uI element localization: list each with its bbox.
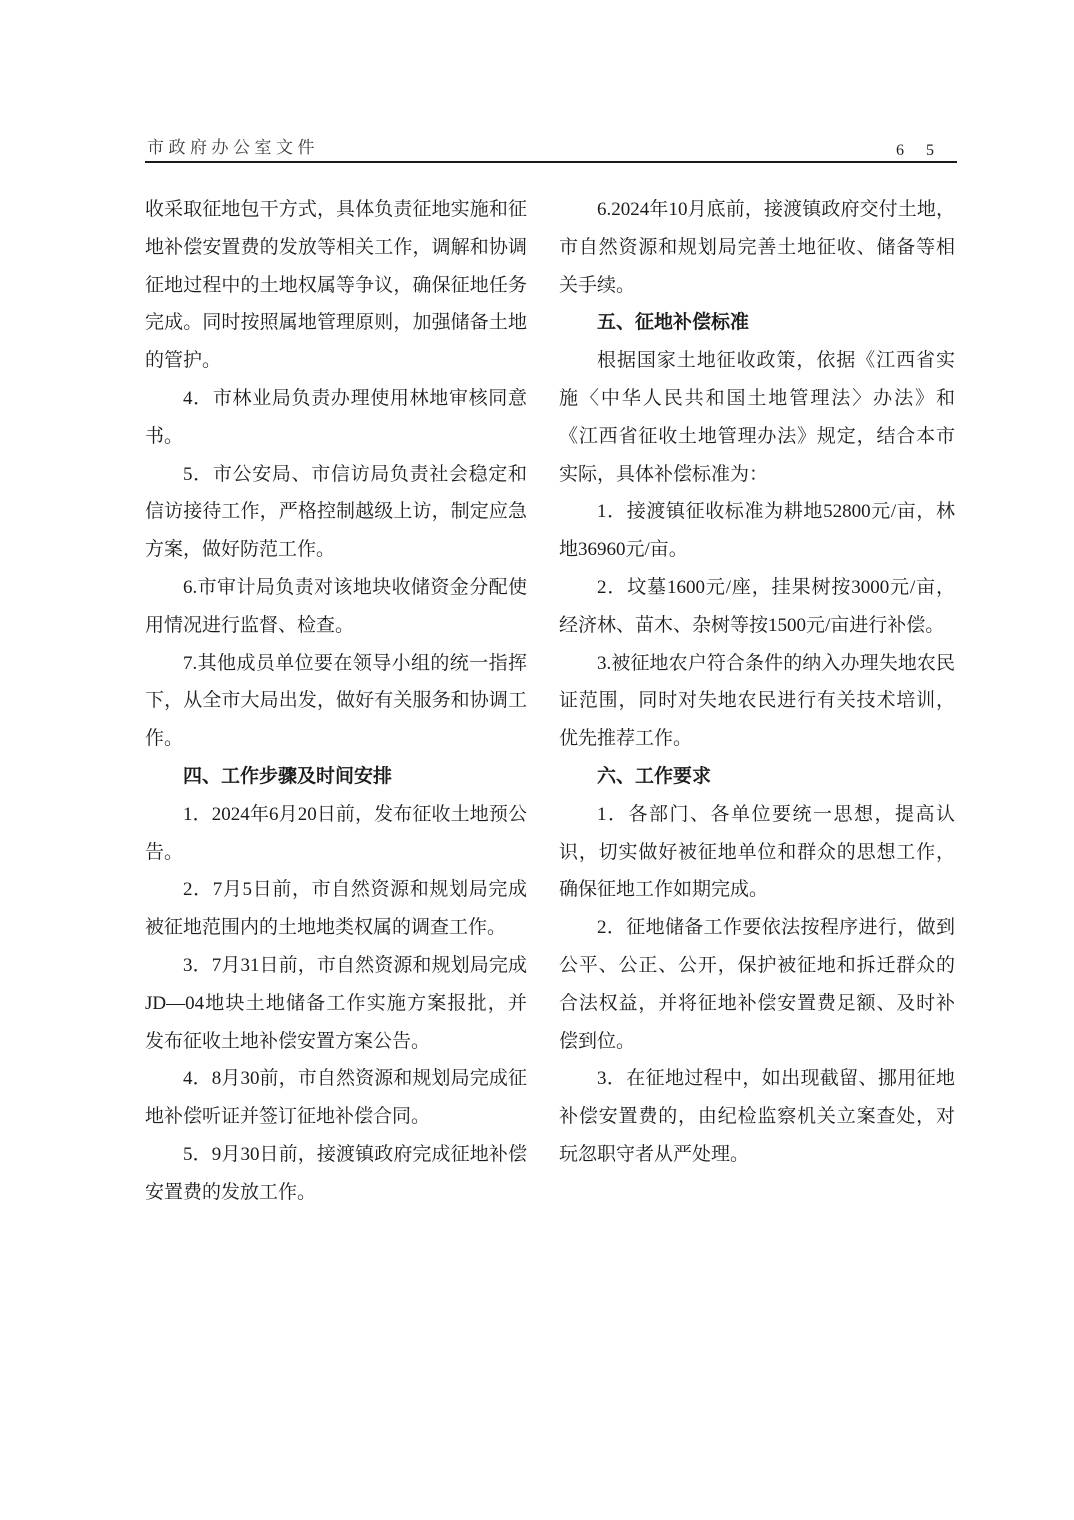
body-paragraph: 4．市林业局负责办理使用林地审核同意书。: [145, 380, 527, 456]
body-paragraph: 3．在征地过程中，如出现截留、挪用征地补偿安置费的，由纪检监察机关立案查处，对玩…: [559, 1060, 955, 1173]
body-paragraph: 6.市审计局负责对该地块收储资金分配使用情况进行监督、检查。: [145, 569, 527, 645]
section-heading: 五、征地补偿标准: [559, 304, 955, 342]
body-paragraph: 1．2024年6月20日前，发布征收土地预公告。: [145, 796, 527, 872]
document-page: 市政府办公室文件 6 5 收采取征地包干方式，具体负责征地实施和征地补偿安置费的…: [0, 0, 1074, 1520]
body-paragraph: 收采取征地包干方式，具体负责征地实施和征地补偿安置费的发放等相关工作，调解和协调…: [145, 191, 527, 380]
left-column: 收采取征地包干方式，具体负责征地实施和征地补偿安置费的发放等相关工作，调解和协调…: [145, 191, 527, 1212]
body-paragraph: 1．接渡镇征收标准为耕地52800元/亩，林地36960元/亩。: [559, 493, 955, 569]
body-paragraph: 3．7月31日前，市自然资源和规划局完成JD—04地块土地储备工作实施方案报批，…: [145, 947, 527, 1060]
body-paragraph: 5．9月30日前，接渡镇政府完成征地补偿安置费的发放工作。: [145, 1136, 527, 1212]
body-paragraph: 7.其他成员单位要在领导小组的统一指挥下，从全市大局出发，做好有关服务和协调工作…: [145, 645, 527, 758]
body-paragraph: 4．8月30前，市自然资源和规划局完成征地补偿听证并签订征地补偿合同。: [145, 1060, 527, 1136]
section-heading: 四、工作步骤及时间安排: [145, 758, 527, 796]
body-paragraph: 1．各部门、各单位要统一思想，提高认识，切实做好被征地单位和群众的思想工作，确保…: [559, 796, 955, 909]
header-title: 市政府办公室文件: [147, 133, 319, 158]
body-paragraph: 2．征地储备工作要依法按程序进行，做到公平、公正、公开，保护被征地和拆迁群众的合…: [559, 909, 955, 1060]
right-column: 6.2024年10月底前，接渡镇政府交付土地，市自然资源和规划局完善土地征收、储…: [559, 191, 955, 1212]
section-heading: 六、工作要求: [559, 758, 955, 796]
body-paragraph: 5．市公安局、市信访局负责社会稳定和信访接待工作，严格控制越级上访，制定应急方案…: [145, 456, 527, 569]
body-paragraph: 3.被征地农户符合条件的纳入办理失地农民证范围，同时对失地农民进行有关技术培训，…: [559, 645, 955, 758]
document-body: 收采取征地包干方式，具体负责征地实施和征地补偿安置费的发放等相关工作，调解和协调…: [145, 191, 955, 1212]
body-paragraph: 6.2024年10月底前，接渡镇政府交付土地，市自然资源和规划局完善土地征收、储…: [559, 191, 955, 304]
body-paragraph: 2．坟墓1600元/座，挂果树按3000元/亩，经济林、苗木、杂树等按1500元…: [559, 569, 955, 645]
page-number: 6 5: [896, 142, 943, 160]
header-rule: [145, 161, 957, 163]
body-paragraph: 2．7月5日前，市自然资源和规划局完成被征地范围内的土地地类权属的调查工作。: [145, 871, 527, 947]
body-paragraph: 根据国家土地征收政策，依据《江西省实施〈中华人民共和国土地管理法〉办法》和《江西…: [559, 342, 955, 493]
